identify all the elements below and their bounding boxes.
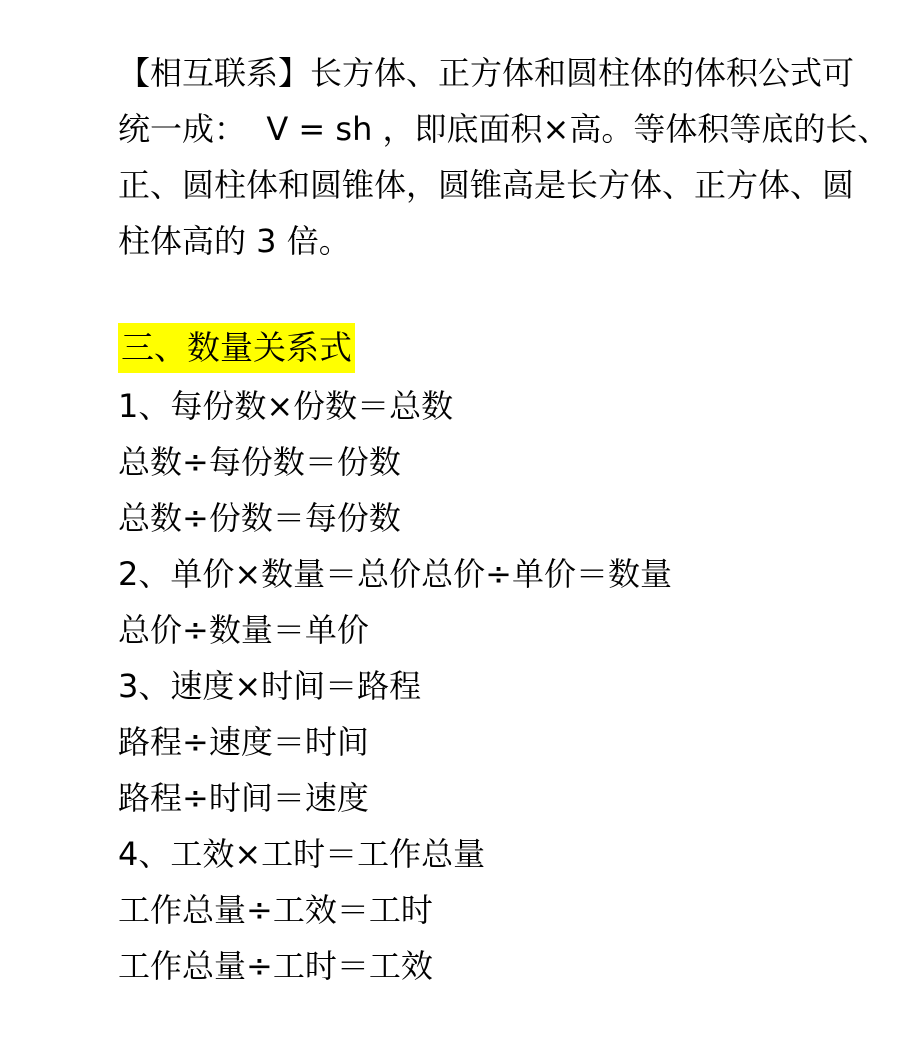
- formula-line: 工作总量÷工效＝工时: [118, 882, 860, 938]
- paragraph-line: 柱体高的 3 倍。: [118, 213, 860, 269]
- formula-line: 2、单价×数量＝总价总价÷单价＝数量: [118, 546, 860, 602]
- formula-list: 1、每份数×份数＝总数 总数÷每份数＝份数 总数÷份数＝每份数 2、单价×数量＝…: [118, 378, 860, 994]
- intro-paragraph: 【相互联系】长方体、正方体和圆柱体的体积公式可 统一成： V = sh ，即底面…: [118, 45, 860, 269]
- formula-line: 4、工效×工时＝工作总量: [118, 826, 860, 882]
- formula-line: 路程÷速度＝时间: [118, 714, 860, 770]
- paragraph-line: 正、圆柱体和圆锥体，圆锥高是长方体、正方体、圆: [118, 157, 860, 213]
- paragraph-line: 【相互联系】长方体、正方体和圆柱体的体积公式可: [118, 45, 860, 101]
- formula-line: 路程÷时间＝速度: [118, 770, 860, 826]
- formula-line: 总数÷每份数＝份数: [118, 434, 860, 490]
- document-page: 【相互联系】长方体、正方体和圆柱体的体积公式可 统一成： V = sh ，即底面…: [0, 0, 920, 994]
- formula-line: 总价÷数量＝单价: [118, 602, 860, 658]
- paragraph-line: 统一成： V = sh ，即底面积×高。等体积等底的长、: [118, 101, 860, 157]
- formula-line: 总数÷份数＝每份数: [118, 490, 860, 546]
- formula-line: 3、速度×时间＝路程: [118, 658, 860, 714]
- section-heading-row: 三、数量关系式: [118, 323, 860, 373]
- formula-line: 工作总量÷工时＝工效: [118, 938, 860, 994]
- section-heading-highlight: 三、数量关系式: [118, 323, 355, 373]
- formula-line: 1、每份数×份数＝总数: [118, 378, 860, 434]
